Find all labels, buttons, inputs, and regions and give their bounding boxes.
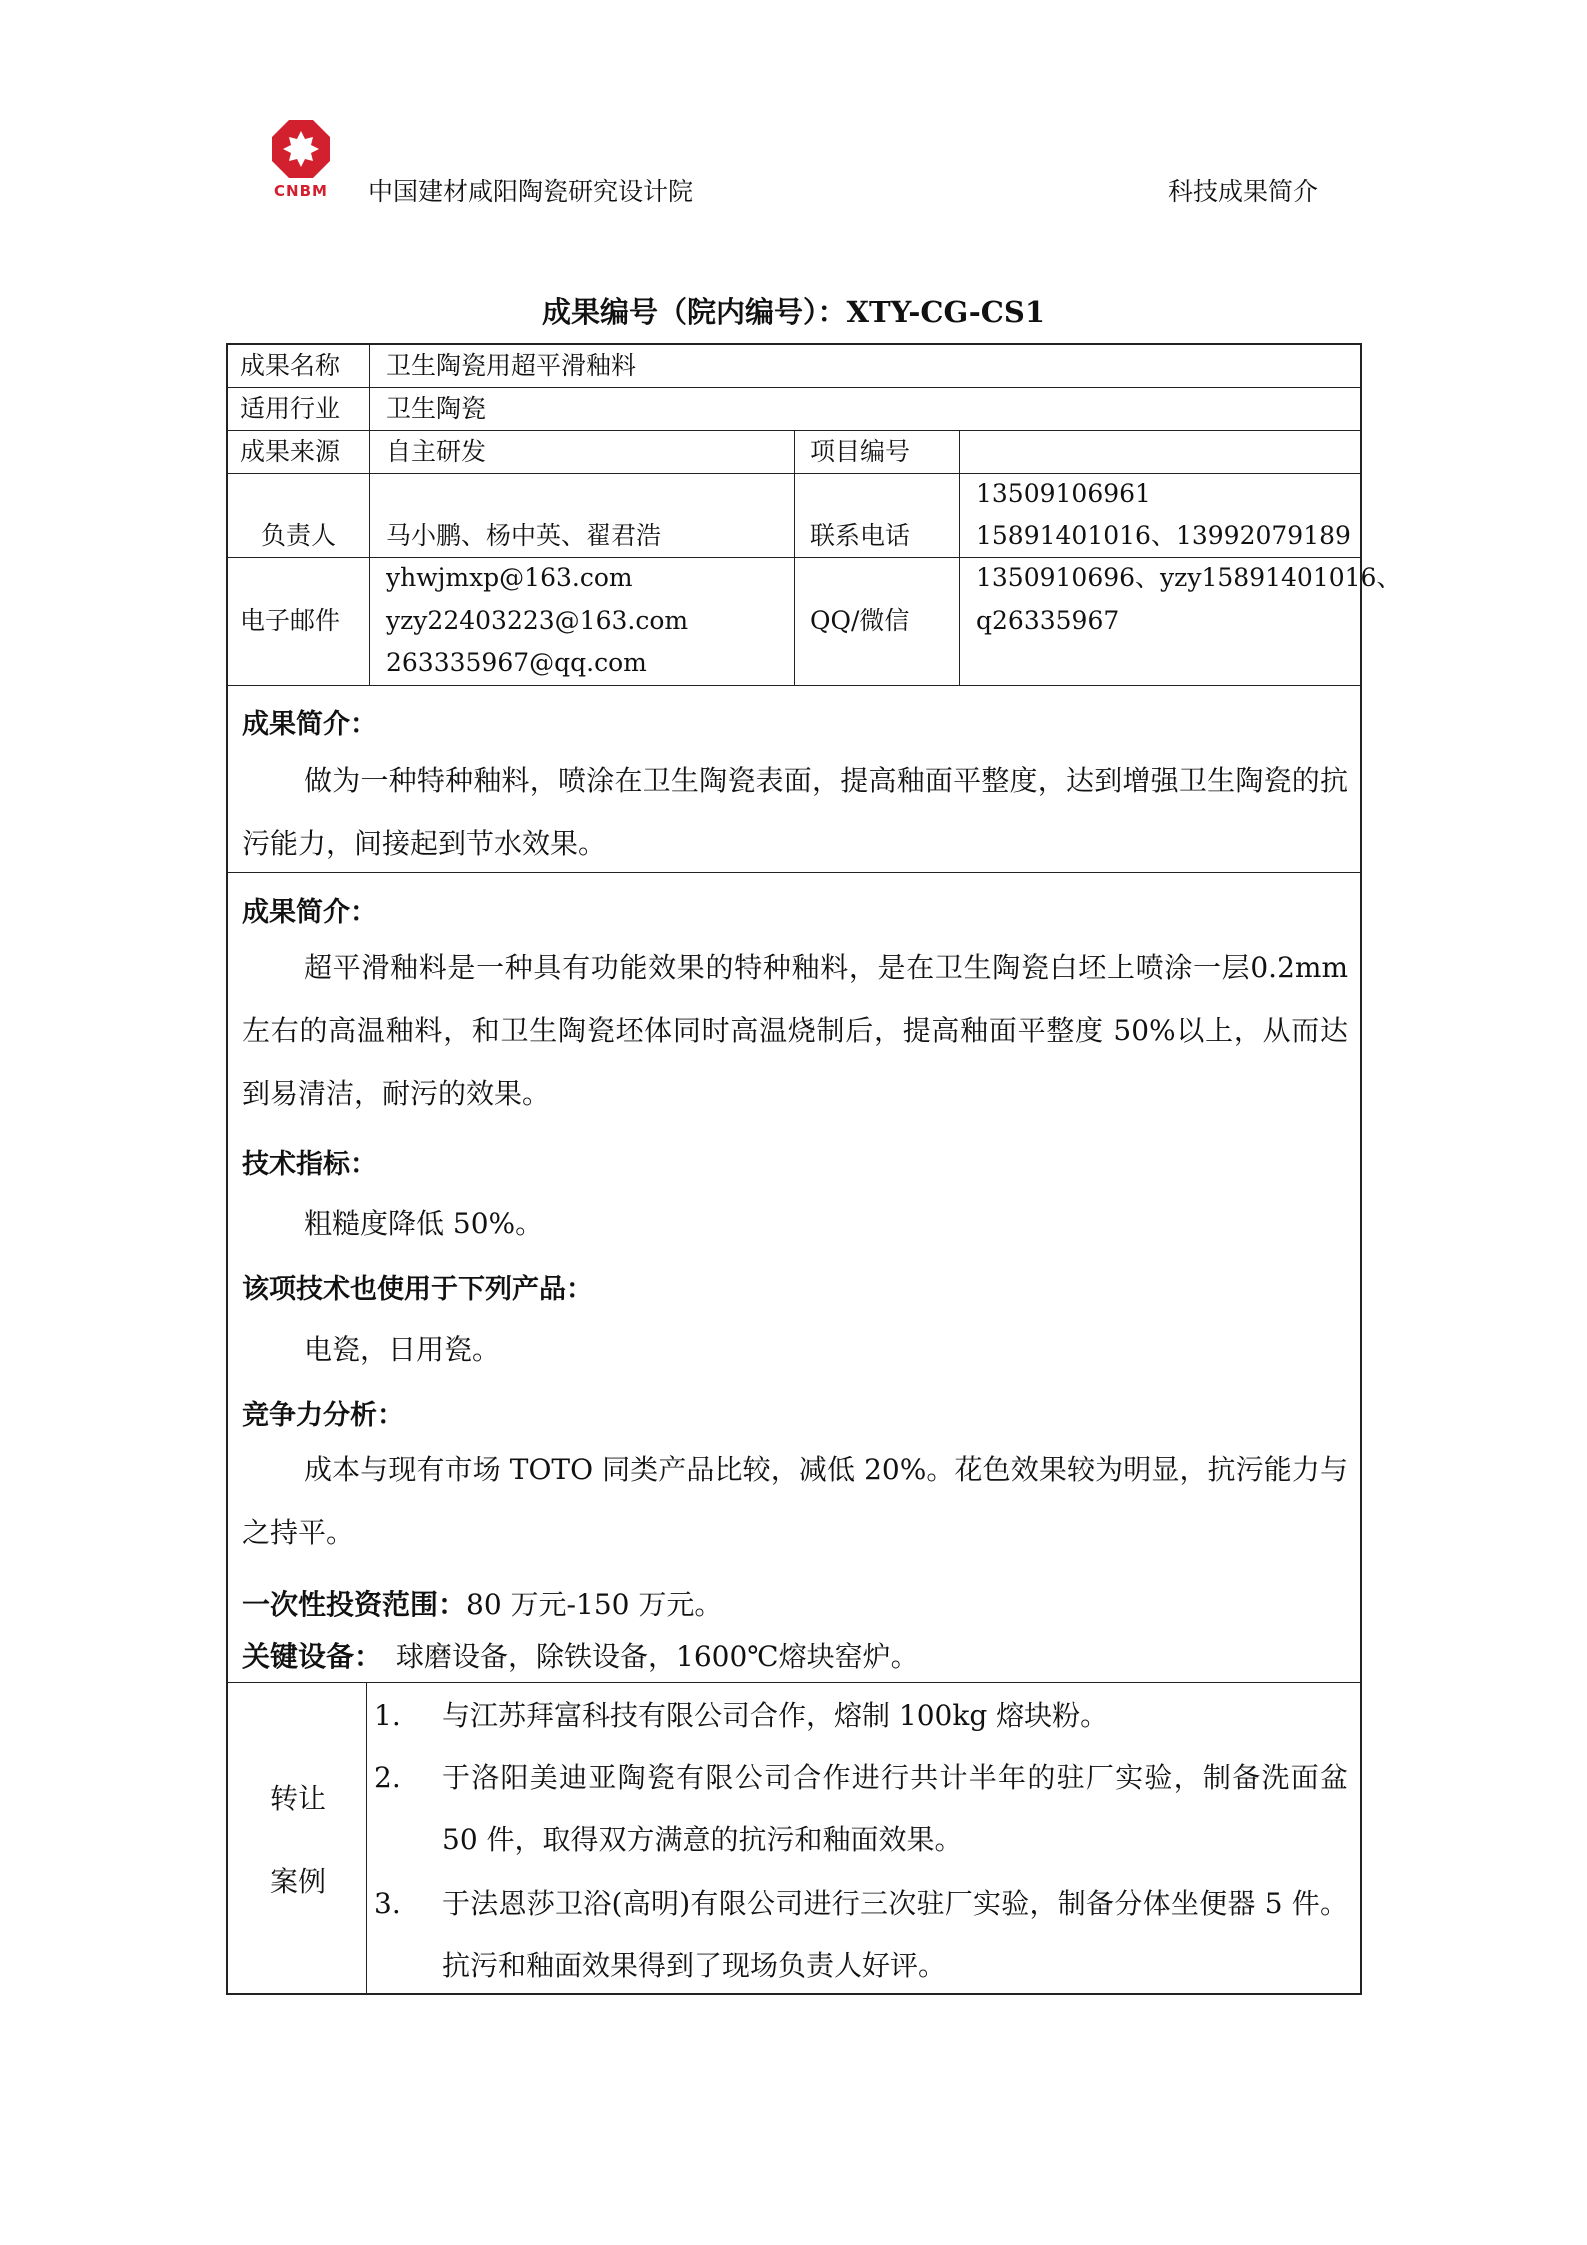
- row-divider: [228, 685, 1360, 686]
- case-number: 1.: [374, 1685, 430, 1747]
- document-type: 科技成果简介: [1168, 172, 1318, 208]
- transfer-case-item: 2. 于洛阳美迪亚陶瓷有限公司合作进行共计半年的驻厂实验，制备洗面盆 50 件，…: [374, 1747, 1348, 1871]
- logo-text: CNBM: [274, 182, 328, 200]
- label-email: 电子邮件: [240, 600, 340, 642]
- value-source: 自主研发: [386, 431, 486, 473]
- competitiveness-text: 成本与现有市场 TOTO 同类产品比较，减低 20%。花色效果较为明显，抗污能力…: [242, 1438, 1348, 1564]
- competitiveness-heading: 竞争力分析：: [242, 1393, 404, 1432]
- section-divider: [228, 1682, 1360, 1683]
- transfer-case-item: 1. 与江苏拜富科技有限公司合作，熔制 100kg 熔块粉。: [374, 1685, 1348, 1747]
- value-email-3: 263335967@qq.com: [386, 642, 647, 684]
- investment-text: 80 万元-150 万元。: [466, 1588, 722, 1621]
- applicable-products-heading: 该项技术也使用于下列产品：: [242, 1267, 593, 1306]
- label-industry: 适用行业: [240, 388, 340, 430]
- value-email-1: yhwjmxp@163.com: [386, 557, 633, 599]
- investment-heading: 一次性投资范围：: [242, 1588, 466, 1621]
- transfer-cases-label-2: 案例: [228, 1860, 368, 1900]
- key-equipment-heading: 关键设备：: [242, 1640, 382, 1673]
- transfer-case-item: 3. 于法恩莎卫浴(高明)有限公司进行三次驻厂实验，制备分体坐便器 5 件。抗污…: [374, 1873, 1348, 1997]
- value-qq-wechat-1: 1350910696、yzy15891401016、: [976, 557, 1401, 599]
- col-divider: [369, 345, 370, 685]
- label-qq-wechat: QQ/微信: [810, 600, 909, 642]
- label-source: 成果来源: [240, 431, 340, 473]
- value-achievement-name: 卫生陶瓷用超平滑釉料: [386, 345, 636, 387]
- case-number: 3.: [374, 1873, 430, 1935]
- transfer-cases-label-1: 转让: [228, 1777, 368, 1817]
- tech-index-heading: 技术指标：: [242, 1142, 377, 1181]
- summary1-text: 做为一种特种釉料，喷涂在卫生陶瓷表面，提高釉面平整度，达到增强卫生陶瓷的抗污能力…: [242, 749, 1348, 875]
- summary2-text: 超平滑釉料是一种具有功能效果的特种釉料，是在卫生陶瓷白坯上喷涂一层0.2mm 左…: [242, 936, 1348, 1125]
- cnbm-logo: CNBM: [246, 118, 356, 210]
- value-phone-2: 15891401016、13992079189: [976, 515, 1351, 557]
- value-email-2: yzy22403223@163.com: [386, 600, 688, 642]
- achievement-table: 成果名称 卫生陶瓷用超平滑釉料 适用行业 卫生陶瓷 成果来源 自主研发 项目编号…: [226, 343, 1362, 1995]
- label-person-in-charge: 负责人: [228, 515, 369, 557]
- col-divider: [366, 1682, 367, 1995]
- tech-index-text: 粗糙度降低 50%。: [304, 1202, 543, 1242]
- case-text: 于洛阳美迪亚陶瓷有限公司合作进行共计半年的驻厂实验，制备洗面盆 50 件，取得双…: [442, 1747, 1348, 1871]
- organization-name: 中国建材咸阳陶瓷研究设计院: [368, 172, 693, 208]
- col-divider: [794, 430, 795, 685]
- value-qq-wechat-2: q26335967: [976, 600, 1119, 642]
- case-text: 于法恩莎卫浴(高明)有限公司进行三次驻厂实验，制备分体坐便器 5 件。抗污和釉面…: [442, 1873, 1348, 1997]
- value-industry: 卫生陶瓷: [386, 388, 486, 430]
- label-achievement-name: 成果名称: [240, 345, 340, 387]
- document-title: 成果编号（院内编号）：XTY-CG-CS1: [0, 290, 1587, 331]
- case-text: 与江苏拜富科技有限公司合作，熔制 100kg 熔块粉。: [442, 1685, 1348, 1747]
- case-number: 2.: [374, 1747, 430, 1809]
- applicable-products-text: 电瓷，日用瓷。: [304, 1328, 500, 1368]
- value-person-in-charge: 马小鹏、杨中英、翟君浩: [386, 515, 661, 557]
- summary1-heading: 成果简介：: [242, 702, 377, 741]
- key-equipment-text: 球磨设备，除铁设备，1600℃熔块窑炉。: [396, 1640, 919, 1673]
- label-phone: 联系电话: [810, 515, 910, 557]
- label-project-number: 项目编号: [810, 431, 910, 473]
- value-phone-1: 13509106961: [976, 473, 1151, 515]
- investment-line: 一次性投资范围：80 万元-150 万元。: [242, 1583, 722, 1623]
- summary2-heading: 成果简介：: [242, 890, 377, 929]
- cnbm-emblem-icon: [270, 118, 332, 180]
- col-divider: [959, 430, 960, 685]
- key-equipment-line: 关键设备：球磨设备，除铁设备，1600℃熔块窑炉。: [242, 1635, 919, 1675]
